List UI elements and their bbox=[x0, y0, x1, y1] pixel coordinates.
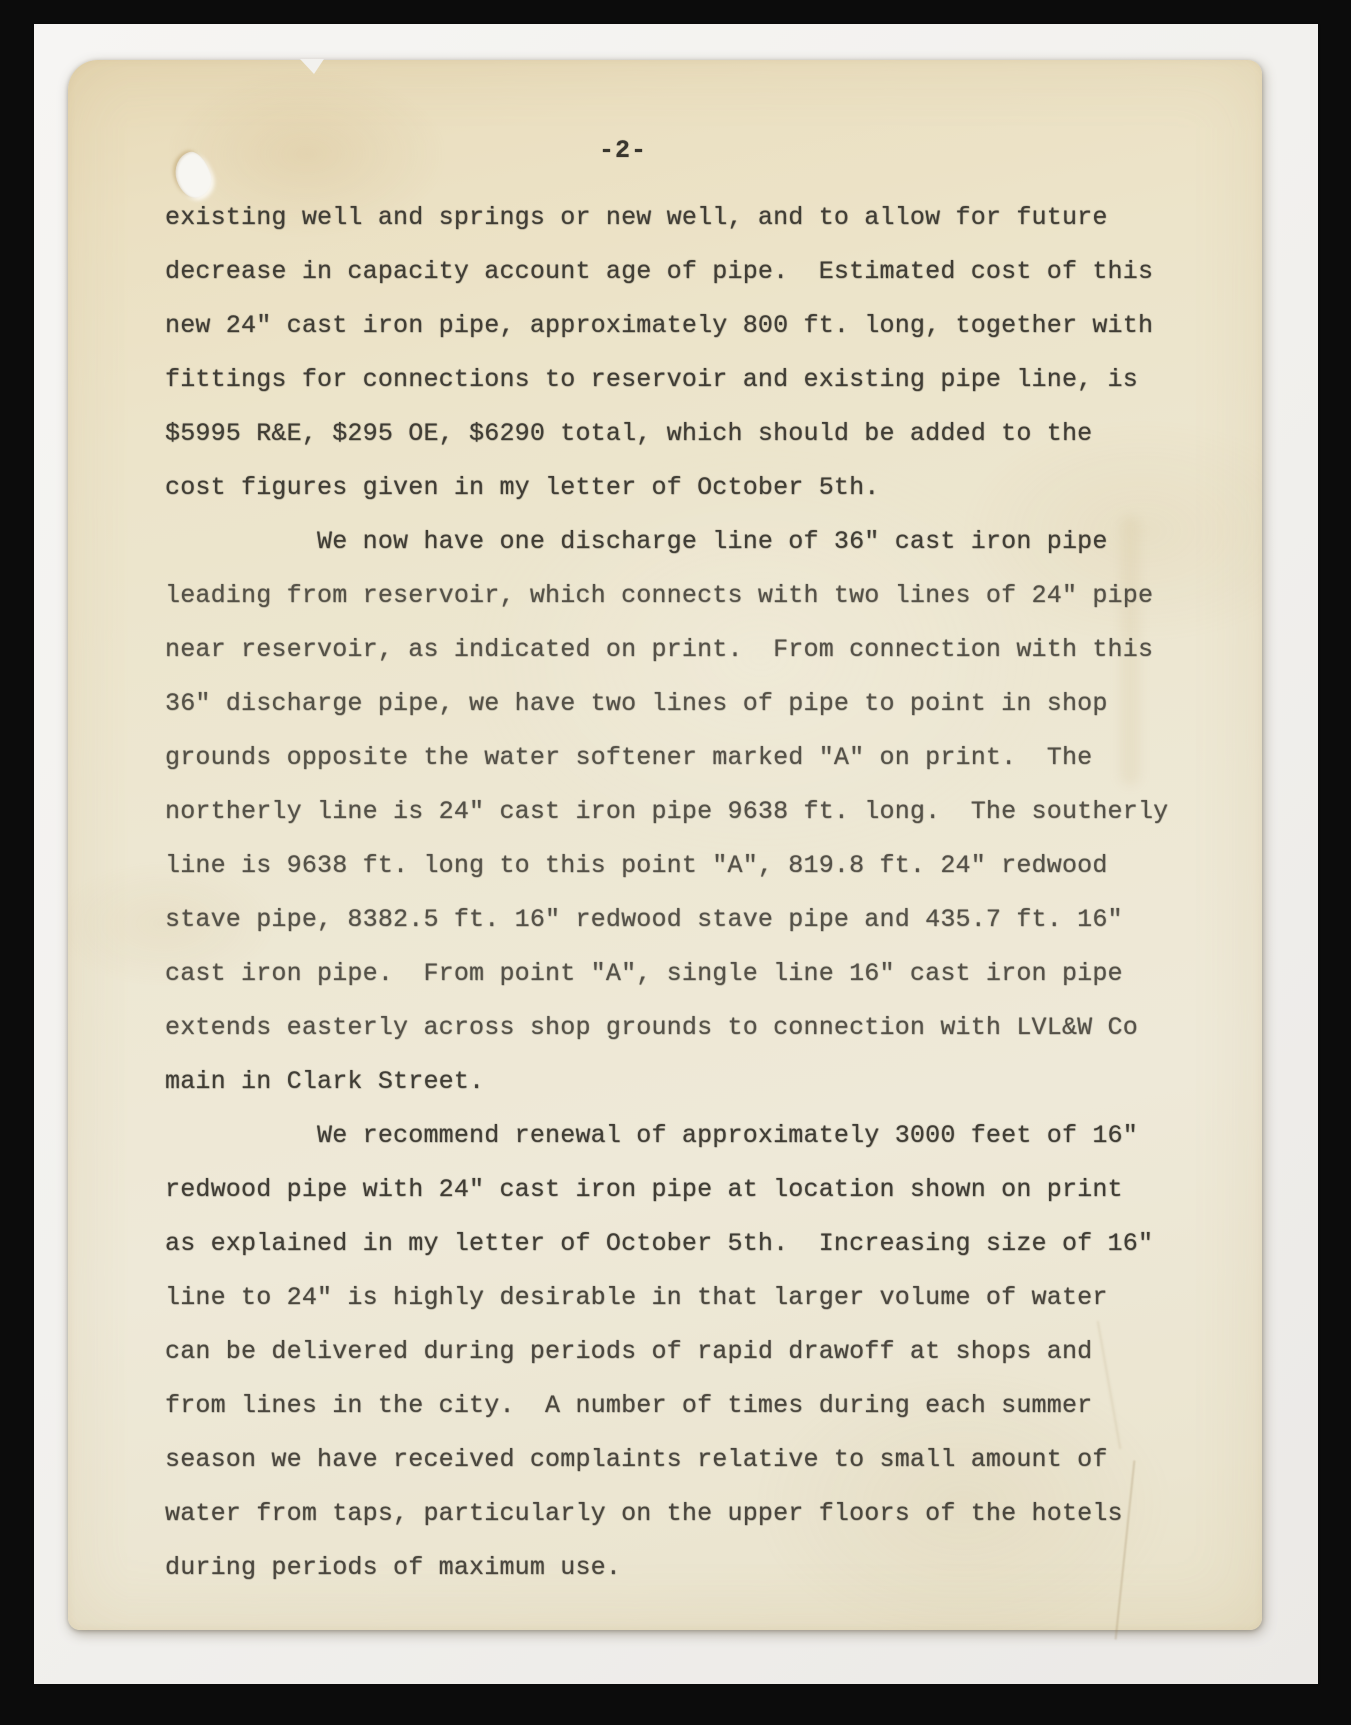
text-line: We now have one discharge line of 36" ca… bbox=[165, 515, 1185, 569]
text-line: northerly line is 24" cast iron pipe 963… bbox=[165, 785, 1185, 839]
text-line: grounds opposite the water softener mark… bbox=[165, 731, 1185, 785]
text-line: $5995 R&E, $295 OE, $6290 total, which s… bbox=[165, 407, 1185, 461]
text-line: decrease in capacity account age of pipe… bbox=[165, 245, 1185, 299]
text-line: We recommend renewal of approximately 30… bbox=[165, 1109, 1185, 1163]
text-line: during periods of maximum use. bbox=[165, 1541, 1185, 1595]
text-line: can be delivered during periods of rapid… bbox=[165, 1325, 1185, 1379]
text-line: cost figures given in my letter of Octob… bbox=[165, 461, 1185, 515]
text-line: from lines in the city. A number of time… bbox=[165, 1379, 1185, 1433]
paper-edge-notch bbox=[300, 59, 324, 74]
text-line: stave pipe, 8382.5 ft. 16" redwood stave… bbox=[165, 893, 1185, 947]
text-line: as explained in my letter of October 5th… bbox=[165, 1217, 1185, 1271]
text-line: season we have received complaints relat… bbox=[165, 1433, 1185, 1487]
document-page: -2- existing well and springs or new wel… bbox=[68, 60, 1262, 1630]
text-line: line is 9638 ft. long to this point "A",… bbox=[165, 839, 1185, 893]
text-line: cast iron pipe. From point "A", single l… bbox=[165, 947, 1185, 1001]
photo-mat: -2- existing well and springs or new wel… bbox=[34, 24, 1318, 1684]
letter-body: existing well and springs or new well, a… bbox=[165, 191, 1185, 1595]
text-line: existing well and springs or new well, a… bbox=[165, 191, 1185, 245]
text-line: water from taps, particularly on the upp… bbox=[165, 1487, 1185, 1541]
text-line: line to 24" is highly desirable in that … bbox=[165, 1271, 1185, 1325]
text-line: extends easterly across shop grounds to … bbox=[165, 1001, 1185, 1055]
text-line: 36" discharge pipe, we have two lines of… bbox=[165, 677, 1185, 731]
text-line: leading from reservoir, which connects w… bbox=[165, 569, 1185, 623]
text-line: main in Clark Street. bbox=[165, 1055, 1185, 1109]
text-line: redwood pipe with 24" cast iron pipe at … bbox=[165, 1163, 1185, 1217]
page-number: -2- bbox=[578, 136, 668, 165]
photo-frame: -2- existing well and springs or new wel… bbox=[0, 0, 1351, 1725]
text-line: new 24" cast iron pipe, approximately 80… bbox=[165, 299, 1185, 353]
text-line: fittings for connections to reservoir an… bbox=[165, 353, 1185, 407]
text-line: near reservoir, as indicated on print. F… bbox=[165, 623, 1185, 677]
